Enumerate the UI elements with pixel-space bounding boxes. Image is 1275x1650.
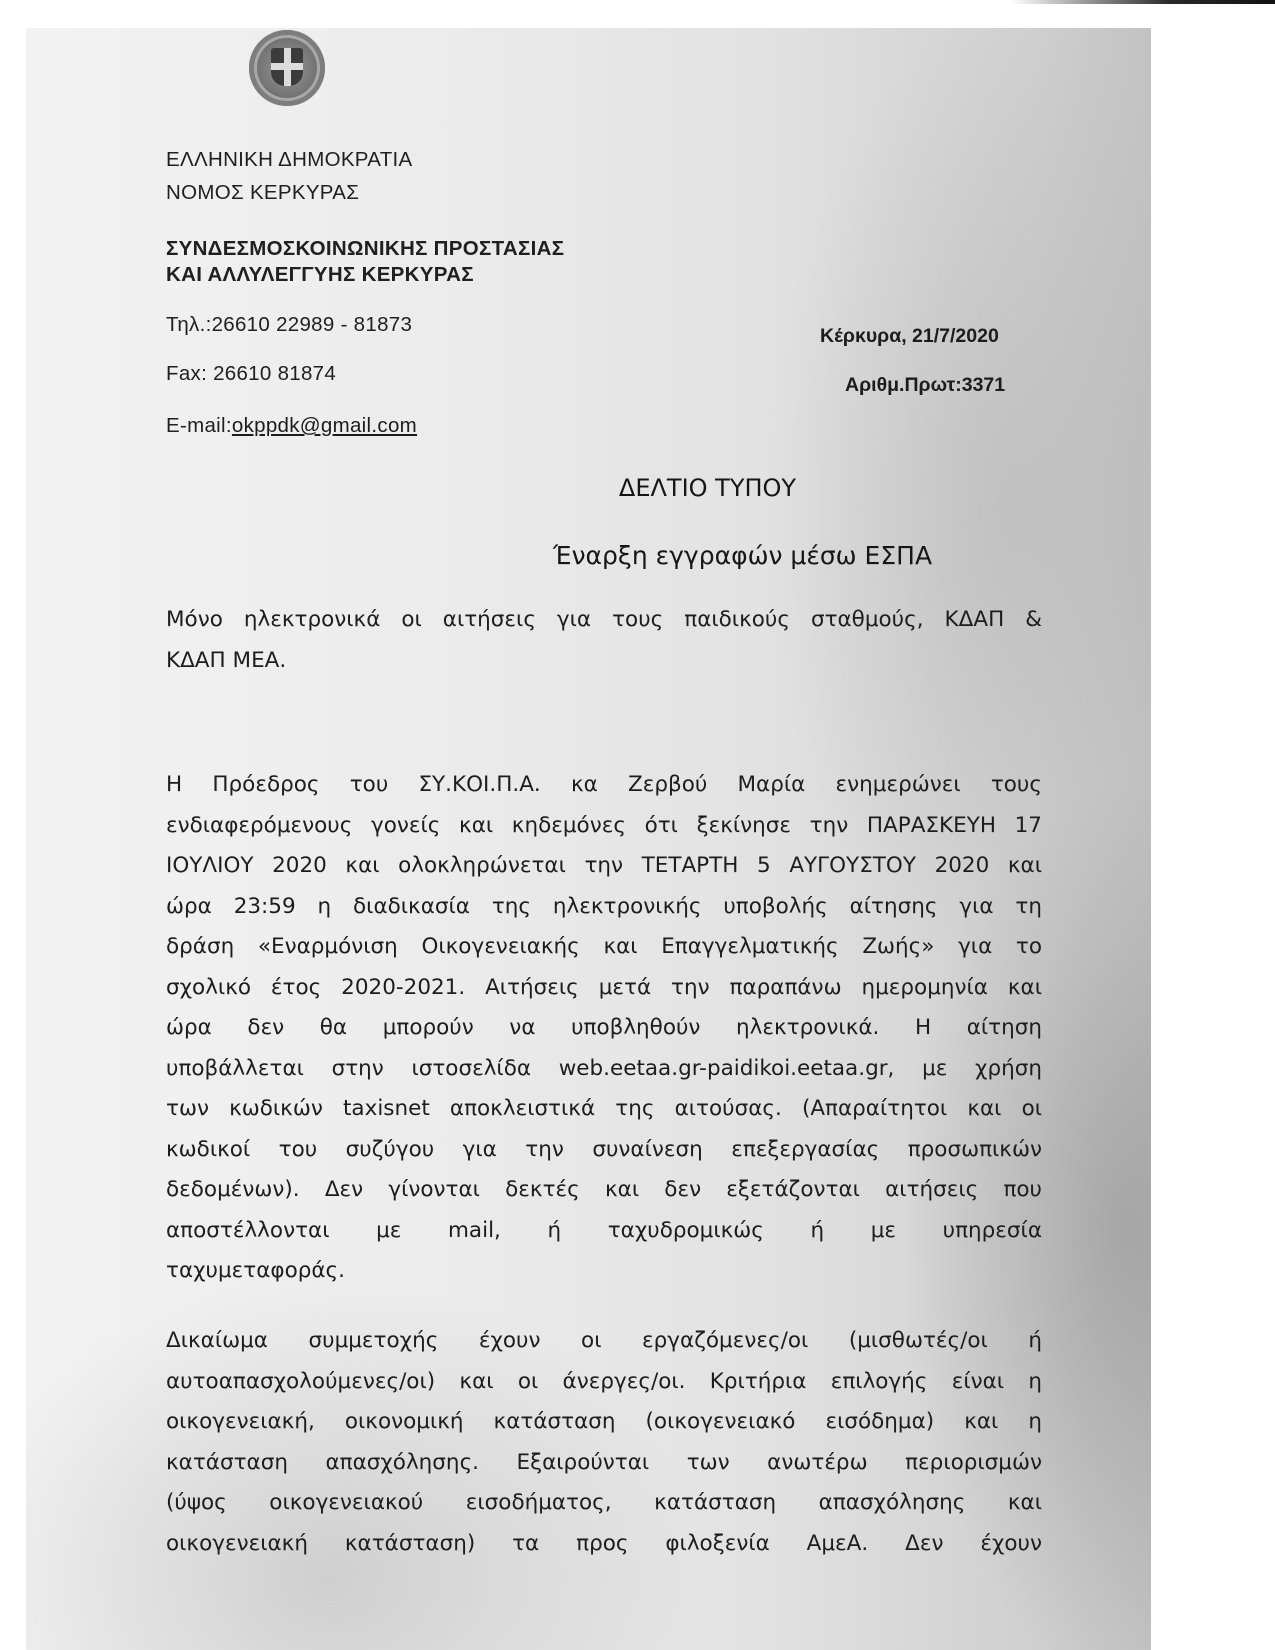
place-date: Κέρκυρα, 21/7/2020: [820, 325, 999, 348]
text-line: ώρα δεν θα μπορούν να υποβληθούν ηλεκτρο…: [166, 1008, 1042, 1049]
header-organization-line1: ΣΥΝΔΕΣΜΟΣΚΟΙΝΩΝΙΚΗΣ ΠΡΟΣΤΑΣΙΑΣ: [166, 237, 564, 261]
text-line: κατάσταση απασχόλησης. Εξαιρούνται των α…: [166, 1443, 1042, 1484]
text-line: των κωδικών taxisnet αποκλειστικά της αι…: [166, 1089, 1042, 1130]
text-line: ΙΟΥΛΙΟΥ 2020 και ολοκληρώνεται την ΤΕΤΑΡ…: [166, 846, 1042, 887]
text-line: ταχυμεταφοράς.: [166, 1251, 1042, 1292]
email-link[interactable]: okppdk@gmail.com: [232, 414, 417, 437]
text-line: δεδομένων). Δεν γίνονται δεκτές και δεν …: [166, 1170, 1042, 1211]
shield-icon: [271, 48, 303, 86]
scan-edge-shadow: [1010, 0, 1275, 4]
document-subtitle: Έναρξη εγγραφών μέσω ΕΣΠΑ: [0, 541, 1275, 570]
paragraph-eligibility: Δικαίωμα συμμετοχής έχουν οι εργαζόμενες…: [166, 1321, 1042, 1564]
text-line: ΚΔΑΠ ΜΕΑ.: [166, 641, 1042, 682]
text-line: αποστέλλονται με mail, ή ταχυδρομικώς ή …: [166, 1211, 1042, 1252]
text-line: αυτοαπασχολούμενες/οι) και οι άνεργες/οι…: [166, 1362, 1042, 1403]
paragraph-application-period: Η Πρόεδρος του ΣΥ.ΚΟΙ.Π.Α. κα Ζερβού Μαρ…: [166, 765, 1042, 1292]
text-line: Δικαίωμα συμμετοχής έχουν οι εργαζόμενες…: [166, 1321, 1042, 1362]
email-label: E-mail:: [166, 414, 232, 437]
document-title: ΔΕΛΤΙΟ ΤΥΠΟΥ: [0, 474, 1275, 502]
text-line: ώρα 23:59 η διαδικασία της ηλεκτρονικής …: [166, 887, 1042, 928]
header-fax: Fax: 26610 81874: [166, 362, 336, 386]
coat-of-arms-icon: [249, 30, 325, 106]
header-phone: Τηλ.:26610 22989 - 81873: [166, 313, 412, 337]
header-country: ΕΛΛΗΝΙΚΗ ΔΗΜΟΚΡΑΤΙΑ: [166, 148, 413, 172]
text-line: ενδιαφερόμενους γονείς και κηδεμόνες ότι…: [166, 806, 1042, 847]
text-line: οικογενειακή κατάσταση) τα προς φιλοξενί…: [166, 1524, 1042, 1565]
intro-paragraph: Μόνο ηλεκτρονικά οι αιτήσεις για τους πα…: [166, 600, 1042, 681]
text-line: κωδικοί του συζύγου για την συναίνεση επ…: [166, 1130, 1042, 1171]
protocol-number: Αριθμ.Πρωτ:3371: [845, 374, 1005, 397]
header-email: E-mail:okppdk@gmail.com: [166, 414, 417, 438]
text-line: υποβάλλεται στην ιστοσελίδα web.eetaa.gr…: [166, 1049, 1042, 1090]
text-line: σχολικό έτος 2020-2021. Αιτήσεις μετά τη…: [166, 968, 1042, 1009]
text-line: οικογενειακή, οικονομική κατάσταση (οικο…: [166, 1402, 1042, 1443]
text-line: δράση «Εναρμόνιση Οικογενειακής και Επαγ…: [166, 927, 1042, 968]
header-prefecture: ΝΟΜΟΣ ΚΕΡΚΥΡΑΣ: [166, 181, 359, 205]
text-line: Μόνο ηλεκτρονικά οι αιτήσεις για τους πα…: [166, 600, 1042, 641]
text-line: (ύψος οικογενειακού εισοδήματος, κατάστα…: [166, 1483, 1042, 1524]
header-organization-line2: ΚΑΙ ΑΛΛΥΛΕΓΓΥΗΣ ΚΕΡΚΥΡΑΣ: [166, 263, 474, 287]
text-line: Η Πρόεδρος του ΣΥ.ΚΟΙ.Π.Α. κα Ζερβού Μαρ…: [166, 765, 1042, 806]
